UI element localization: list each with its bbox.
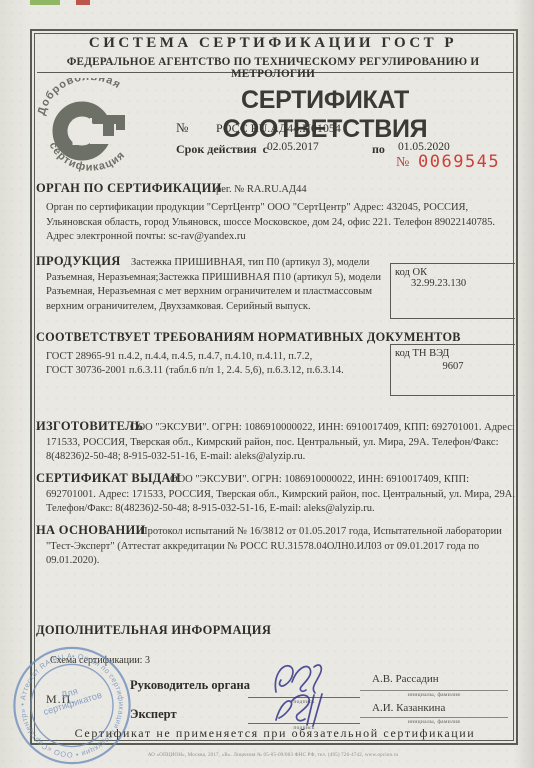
organ-body: Орган по сертификации продукции "СертЦен… (46, 201, 514, 245)
head-name: А.В. Рассадин (372, 673, 439, 685)
additional-section-label: ДОПОЛНИТЕЛЬНАЯ ИНФОРМАЦИЯ (36, 623, 271, 638)
gost-line-2: ГОСТ 30736-2001 п.6.3.11 (табл.6 п/п 1, … (46, 364, 344, 379)
issued-body: ООО "ЭКСУВИ". ОГРН: 1086910000022, ИНН: … (46, 473, 516, 517)
tnved-code-label: код ТН ВЭД (395, 348, 515, 359)
blank-number-sign: № (396, 155, 409, 171)
organ-reg-number: рег. № RA.RU.АД44 (216, 183, 307, 198)
printer-microprint: АО «ОПЦИОН», Москва, 2017, «В». Лицензия… (30, 753, 516, 758)
tnved-code-box: код ТН ВЭД 9607 (390, 344, 515, 396)
blank-number: 0069545 (418, 152, 500, 172)
head-name-caption: инициалы, фамилия (360, 692, 508, 698)
conformity-section-label: СООТВЕТСТВУЕТ ТРЕБОВАНИЯМ НОРМАТИВНЫХ ДО… (36, 330, 461, 345)
ok-code-label: код ОК (395, 267, 515, 278)
ok-code-box: код ОК 32.99.23.130 (390, 263, 515, 319)
cert-number: РОСС RU.АД44.Н01054 (216, 121, 341, 136)
head-name-line (360, 690, 508, 691)
footer-notice: Сертификат не применяется при обязательн… (36, 726, 514, 741)
expert-name-line (360, 717, 508, 718)
ok-code-value: 32.99.23.130 (411, 278, 515, 289)
manufacturer-body: ООО "ЭКСУВИ". ОГРН: 1086910000022, ИНН: … (46, 421, 516, 465)
gost-line-1: ГОСТ 28965-91 п.4.2, п.4.4, п.4.5, п.4.7… (46, 350, 312, 365)
basis-body: Протокол испытаний № 16/3812 от 01.05.20… (46, 525, 516, 569)
agency-title: ФЕДЕРАЛЬНОЕ АГЕНТСТВО ПО ТЕХНИЧЕСКОМУ РЕ… (30, 56, 516, 80)
expert-name: А.И. Казанкина (372, 702, 445, 714)
organ-section-label: ОРГАН ПО СЕРТИФИКАЦИИ (36, 181, 222, 196)
tnved-code-value: 9607 (391, 361, 515, 372)
expert-signature-ink (270, 692, 336, 728)
validity-label: Срок действия с (176, 142, 268, 157)
expert-role-label: Эксперт (130, 707, 177, 722)
rst-logo: Добровольная сертификация Р (32, 78, 148, 180)
cert-number-sign: № (176, 120, 188, 136)
production-body: Застежка ПРИШИВНАЯ, тип П0 (артикул 3), … (46, 256, 396, 314)
valid-from-date: 02.05.2017 (267, 141, 319, 153)
head-role-label: Руководитель органа (130, 678, 250, 693)
rst-mark: Р (60, 109, 125, 153)
system-title: СИСТЕМА СЕРТИФИКАЦИИ ГОСТ Р (30, 35, 516, 52)
scan-artifact (30, 0, 120, 5)
valid-to-label: по (372, 142, 385, 157)
certificate-page: { "header": { "system": "СИСТЕМА СЕРТИФИ… (0, 0, 534, 768)
certification-stamp: • Орган по сертификации продукции • ООО … (8, 643, 136, 768)
logo-letter-r: Р (70, 112, 95, 153)
expert-name-caption: инициалы, фамилия (360, 719, 508, 725)
